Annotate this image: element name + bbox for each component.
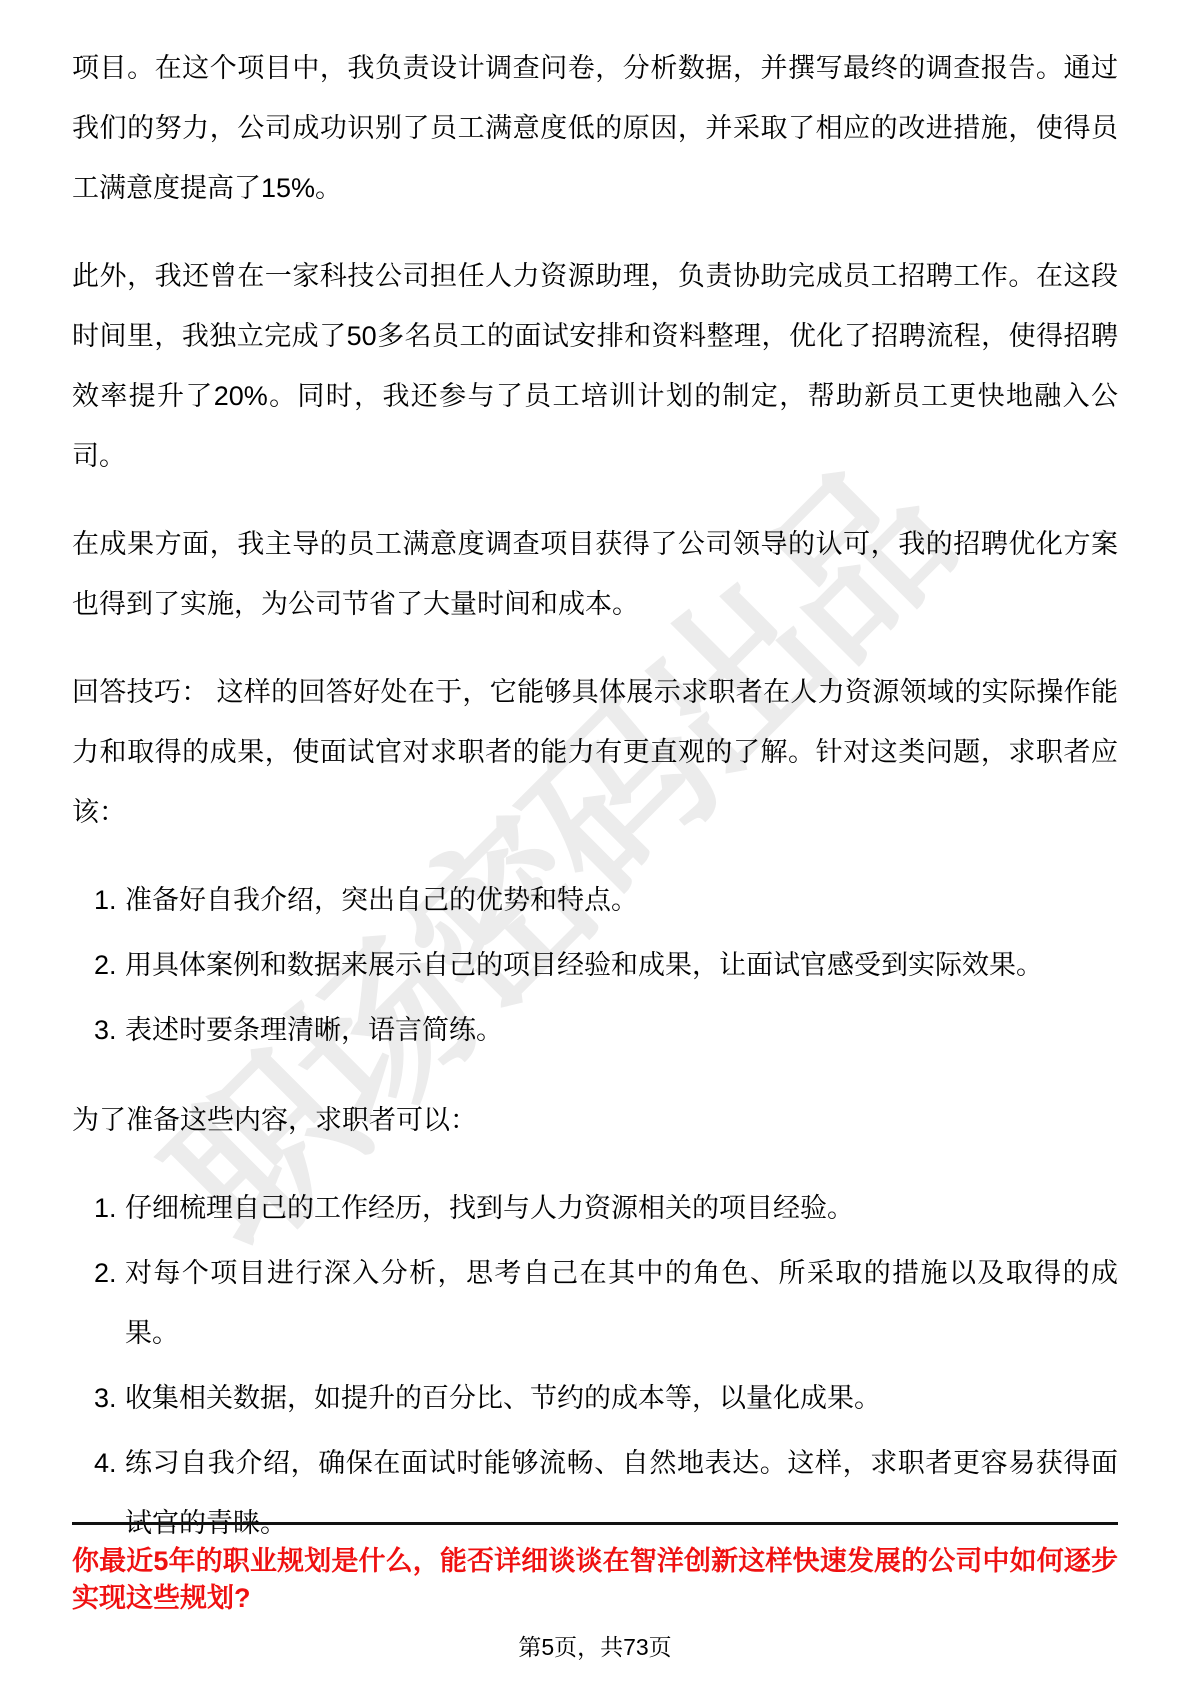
list-item-number: 1.	[94, 870, 117, 930]
list-item: 3. 收集相关数据，如提升的百分比、节约的成本等，以量化成果。	[72, 1368, 1118, 1428]
list-item-text: 收集相关数据，如提升的百分比、节约的成本等，以量化成果。	[125, 1383, 881, 1413]
body-paragraph: 此外，我还曾在一家科技公司担任人力资源助理，负责协助完成员工招聘工作。在这段时间…	[72, 246, 1118, 486]
page-number-footer: 第5页，共73页	[72, 1629, 1118, 1662]
next-question-text: 你最近5年的职业规划是什么，能否详细谈谈在智洋创新这样快速发展的公司中如何逐步实…	[72, 1543, 1118, 1617]
list-item-number: 3.	[94, 1000, 117, 1060]
list-item: 1. 准备好自我介绍，突出自己的优势和特点。	[72, 870, 1118, 930]
answer-tips-list: 1. 准备好自我介绍，突出自己的优势和特点。 2. 用具体案例和数据来展示自己的…	[72, 870, 1118, 1060]
list-item-number: 4.	[94, 1433, 117, 1493]
preparation-steps-list: 1. 仔细梳理自己的工作经历，找到与人力资源相关的项目经验。 2. 对每个项目进…	[72, 1178, 1118, 1553]
list-item: 2. 对每个项目进行深入分析，思考自己在其中的角色、所采取的措施以及取得的成果。	[72, 1243, 1118, 1363]
page-content: 项目。在这个项目中，我负责设计调查问卷，分析数据，并撰写最终的调查报告。通过我们…	[0, 0, 1190, 1553]
list-item: 1. 仔细梳理自己的工作经历，找到与人力资源相关的项目经验。	[72, 1178, 1118, 1238]
body-paragraph: 项目。在这个项目中，我负责设计调查问卷，分析数据，并撰写最终的调查报告。通过我们…	[72, 38, 1118, 218]
list-item-text: 准备好自我介绍，突出自己的优势和特点。	[125, 885, 638, 915]
body-paragraph: 为了准备这些内容，求职者可以：	[72, 1090, 1118, 1150]
list-item-number: 3.	[94, 1368, 117, 1428]
list-item-number: 2.	[94, 935, 117, 995]
document-page: 职场密码出品 项目。在这个项目中，我负责设计调查问卷，分析数据，并撰写最终的调查…	[0, 0, 1190, 1684]
body-paragraph: 回答技巧： 这样的回答好处在于，它能够具体展示求职者在人力资源领域的实际操作能力…	[72, 662, 1118, 842]
page-bottom-section: 你最近5年的职业规划是什么，能否详细谈谈在智洋创新这样快速发展的公司中如何逐步实…	[72, 1522, 1118, 1662]
list-item: 3. 表述时要条理清晰，语言简练。	[72, 1000, 1118, 1060]
list-item-number: 2.	[94, 1243, 117, 1303]
list-item: 2. 用具体案例和数据来展示自己的项目经验和成果，让面试官感受到实际效果。	[72, 935, 1118, 995]
list-item-text: 表述时要条理清晰，语言简练。	[125, 1015, 503, 1045]
body-paragraph: 在成果方面，我主导的员工满意度调查项目获得了公司领导的认可，我的招聘优化方案也得…	[72, 514, 1118, 634]
list-item-number: 1.	[94, 1178, 117, 1238]
list-item-text: 仔细梳理自己的工作经历，找到与人力资源相关的项目经验。	[125, 1193, 854, 1223]
list-item-text: 用具体案例和数据来展示自己的项目经验和成果，让面试官感受到实际效果。	[125, 950, 1043, 980]
list-item-text: 对每个项目进行深入分析，思考自己在其中的角色、所采取的措施以及取得的成果。	[125, 1258, 1118, 1348]
section-divider	[72, 1522, 1118, 1525]
